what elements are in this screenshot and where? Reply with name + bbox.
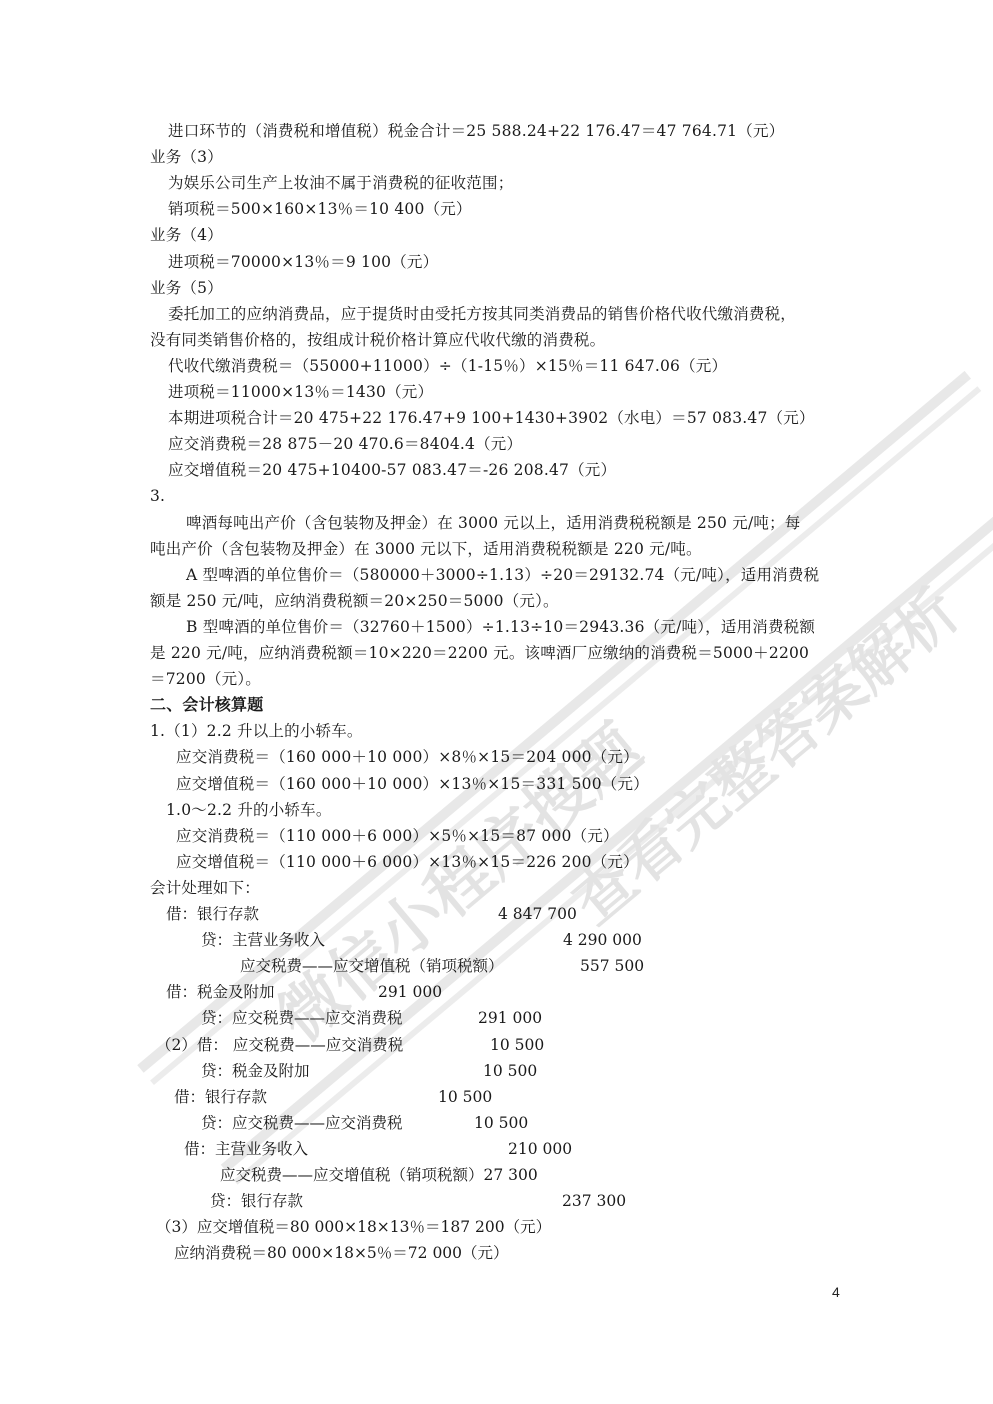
journal-account: （2）借： 应交税费——应交消费税 — [156, 1032, 403, 1058]
text-line: 应交增值税＝（160 000＋10 000）×13％×15＝331 500（元） — [176, 771, 649, 797]
section-heading: 二、会计核算题 — [150, 692, 263, 718]
text-line: 委托加工的应纳消费品，应于提货时由受托方按其同类消费品的销售价格代收代缴消费税， — [168, 301, 796, 327]
text-line: 应交增值税＝20 475+10400-57 083.47＝-26 208.47（… — [168, 457, 616, 483]
journal-account: 借：主营业务收入 — [184, 1136, 308, 1162]
text-line: 应交消费税＝28 875－20 470.6＝8404.4（元） — [168, 431, 522, 457]
journal-amount: 4 847 700 — [498, 901, 577, 927]
text-line: 是 220 元/吨，应纳消费税额＝10×220＝2200 元。该啤酒厂应缴纳的消… — [150, 640, 809, 666]
text-line: ＝7200（元）。 — [150, 666, 261, 692]
text-line: 啤酒每吨出产价（含包装物及押金）在 3000 元以上，适用消费税税额是 250 … — [186, 510, 800, 536]
text-line: 销项税＝500×160×13％＝10 400（元） — [168, 196, 472, 222]
text-line: 额是 250 元/吨，应纳消费税额＝20×250＝5000（元）。 — [150, 588, 559, 614]
journal-account: 贷：应交税费——应交消费税 — [201, 1110, 403, 1136]
text-line: 进项税＝11000×13％＝1430（元） — [168, 379, 433, 405]
text-line: 应纳消费税＝80 000×18×5％＝72 000（元） — [174, 1240, 509, 1266]
text-line: （3）应交增值税＝80 000×18×13％＝187 200（元） — [156, 1214, 551, 1240]
text-line: 代收代缴消费税＝（55000+11000）÷（1-15％）×15％＝11 647… — [168, 353, 727, 379]
journal-amount: 4 290 000 — [563, 927, 642, 953]
journal-account: 借：银行存款 — [166, 901, 259, 927]
text-line: 1.（1）2.2 升以上的小轿车。 — [150, 718, 363, 744]
text-line: A 型啤酒的单位售价＝（580000＋3000÷1.13）÷20＝29132.7… — [186, 562, 819, 588]
journal-amount: 10 500 — [490, 1032, 544, 1058]
journal-amount: 291 000 — [478, 1005, 542, 1031]
journal-amount: 10 500 — [438, 1084, 492, 1110]
text-line: 应交增值税＝（110 000＋6 000）×13％×15＝226 200（元） — [176, 849, 639, 875]
journal-account: 借：税金及附加 — [166, 979, 275, 1005]
text-line: 为娱乐公司生产上妆油不属于消费税的征收范围； — [168, 170, 513, 196]
watermark: 微信小程序搜题 查看完整答案解析 — [0, 0, 993, 1404]
text-line: 没有同类销售价格的，按组成计税价格计算应代收代缴的消费税。 — [150, 327, 605, 353]
text-line: 本期进项税合计＝20 475+22 176.47+9 100+1430+3902… — [168, 405, 815, 431]
text-line: B 型啤酒的单位售价＝（32760＋1500）÷1.13÷10＝2943.36（… — [186, 614, 815, 640]
document-page: 微信小程序搜题 查看完整答案解析 进口环节的（消费税和增值税）税金合计＝25 5… — [0, 0, 993, 1404]
text-line: 业务（4） — [150, 222, 223, 248]
journal-amount: 210 000 — [508, 1136, 572, 1162]
text-line: 进项税＝70000×13％＝9 100（元） — [168, 249, 438, 275]
journal-amount: 291 000 — [378, 979, 442, 1005]
journal-amount: 10 500 — [474, 1110, 528, 1136]
text-line: 应交消费税＝（110 000＋6 000）×5％×15＝87 000（元） — [176, 823, 619, 849]
page-number: 4 — [832, 1284, 840, 1300]
journal-account: 贷：主营业务收入 — [201, 927, 325, 953]
text-line: 进口环节的（消费税和增值税）税金合计＝25 588.24+22 176.47＝4… — [168, 118, 784, 144]
journal-account: 应交税费——应交增值税（销项税额）27 300 — [220, 1162, 538, 1188]
journal-account: 贷：银行存款 — [210, 1188, 303, 1214]
journal-account: 借：银行存款 — [174, 1084, 267, 1110]
text-line: 3. — [150, 483, 165, 509]
journal-amount: 237 300 — [562, 1188, 626, 1214]
journal-amount: 10 500 — [483, 1058, 537, 1084]
text-line: 吨出产价（含包装物及押金）在 3000 元以下，适用消费税税额是 220 元/吨… — [150, 536, 702, 562]
text-line: 业务（5） — [150, 275, 223, 301]
journal-account: 贷：税金及附加 — [201, 1058, 310, 1084]
text-line: 应交消费税＝（160 000＋10 000）×8％×15＝204 000（元） — [176, 744, 639, 770]
journal-account: 贷：应交税费——应交消费税 — [201, 1005, 403, 1031]
text-line: 业务（3） — [150, 144, 223, 170]
journal-account: 应交税费——应交增值税（销项税额） — [240, 953, 504, 979]
text-line: 会计处理如下： — [150, 875, 260, 901]
text-line: 1.0～2.2 升的小轿车。 — [166, 797, 332, 823]
journal-amount: 557 500 — [580, 953, 644, 979]
